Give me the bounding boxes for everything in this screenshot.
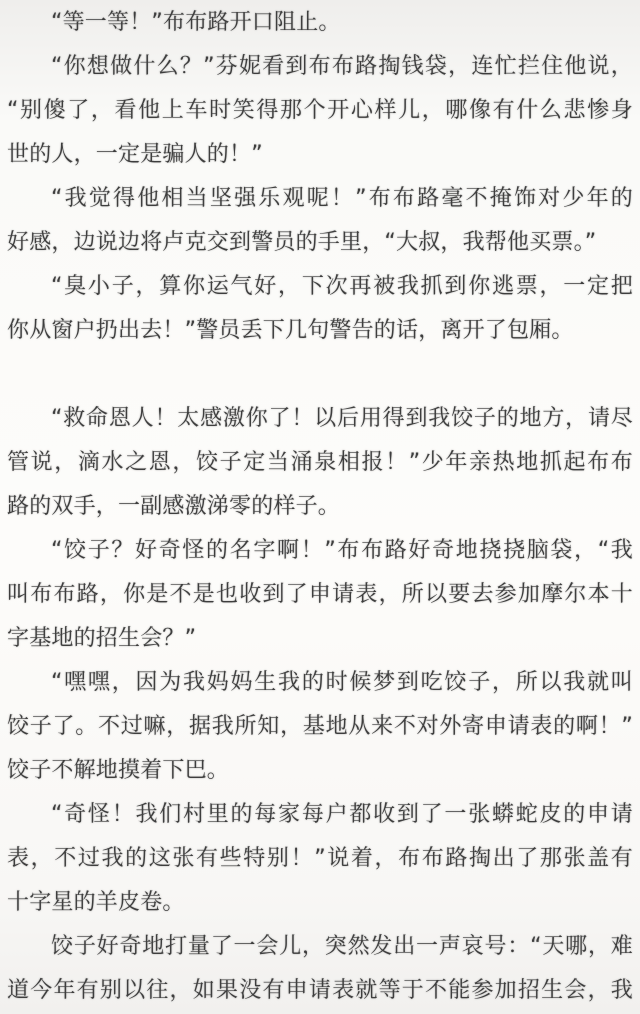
paragraph-break-space <box>7 353 633 397</box>
paragraph-4-line-1: “臭小子，算你运气好，下次再被我抓到你逃票，一定把 <box>7 265 633 309</box>
paragraph-3-line-2: 好感，边说边将卢克交到警员的手里，“大叔，我帮他买票。” <box>7 221 633 265</box>
paragraph-5-line-2: 管说，滴水之恩，饺子定当涌泉相报！”少年亲热地抓起布布 <box>7 441 633 485</box>
paragraph-2-line-1: “你想做什么？”芬妮看到布布路掏钱袋，连忙拦住他说， <box>7 45 633 89</box>
paragraph-9-line-2: 道今年有别以往，如果没有申请表就等于不能参加招生会，我 <box>7 969 633 1013</box>
paragraph-9-line-1: 饺子好奇地打量了一会儿，突然发出一声哀号：“天哪，难 <box>7 925 633 969</box>
paragraph-5-line-3: 路的双手，一副感激涕零的样子。 <box>7 485 633 529</box>
paragraph-3-line-1: “我觉得他相当坚强乐观呢！”布布路毫不掩饰对少年的 <box>7 177 633 221</box>
paragraph-8-line-2: 表，不过我的这张有些特别！”说着，布布路掏出了那张盖有 <box>7 837 633 881</box>
paragraph-6-line-1: “饺子？好奇怪的名字啊！”布布路好奇地挠挠脑袋，“我 <box>7 529 633 573</box>
paragraph-1-line-1: “等一等！”布布路开口阻止。 <box>7 1 633 45</box>
paragraph-6-line-2: 叫布布路，你是不是也收到了申请表，所以要去参加摩尔本十 <box>7 573 633 617</box>
paragraph-7-line-2: 饺子了。不过嘛，据我所知，基地从来不对外寄申请表的啊！” <box>7 705 633 749</box>
paragraph-5-line-1: “救命恩人！太感激你了！以后用得到我饺子的地方，请尽 <box>7 397 633 441</box>
paragraph-6-line-3: 字基地的招生会？” <box>7 617 633 661</box>
paragraph-2-line-2: “别傻了，看他上车时笑得那个开心样儿，哪像有什么悲惨身 <box>7 89 633 133</box>
paragraph-7-line-3: 饺子不解地摸着下巴。 <box>7 749 633 793</box>
book-page: “等一等！”布布路开口阻止。 “你想做什么？”芬妮看到布布路掏钱袋，连忙拦住他说… <box>0 0 640 1014</box>
paragraph-8-line-3: 十字星的羊皮卷。 <box>7 881 633 925</box>
paragraph-7-line-1: “嘿嘿，因为我妈妈生我的时候梦到吃饺子，所以我就叫 <box>7 661 633 705</box>
paragraph-2-line-3: 世的人，一定是骗人的！” <box>7 133 633 177</box>
paragraph-4-line-2: 你从窗户扔出去！”警员丢下几句警告的话，离开了包厢。 <box>7 309 633 353</box>
paragraph-8-line-1: “奇怪！我们村里的每家每户都收到了一张蟒蛇皮的申请 <box>7 793 633 837</box>
